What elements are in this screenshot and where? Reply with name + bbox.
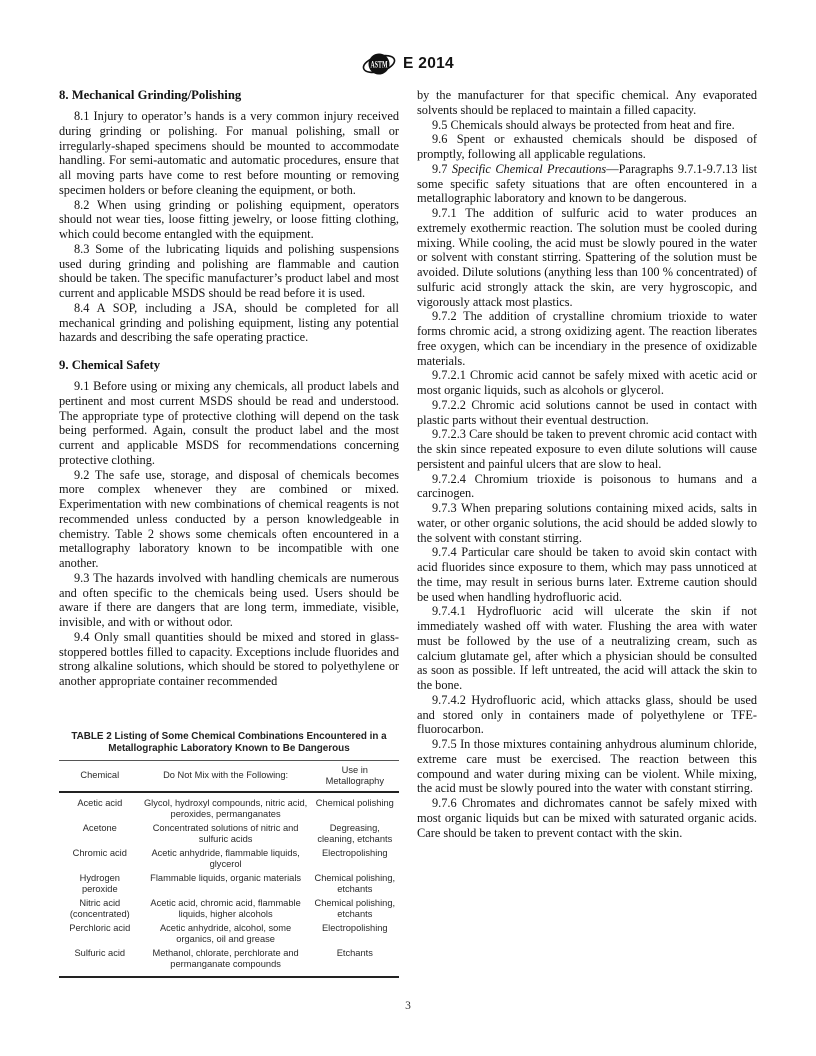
paragraph: 9.7.2.3 Care should be taken to prevent …	[417, 427, 757, 471]
left-column: 8. Mechanical Grinding/Polishing8.1 Inju…	[59, 88, 399, 978]
table-row: Acetic acidGlycol, hydroxyl compounds, n…	[59, 792, 399, 822]
table-2-block: TABLE 2 Listing of Some Chemical Combina…	[59, 731, 399, 978]
table-2-title: TABLE 2 Listing of Some Chemical Combina…	[65, 731, 393, 755]
table-cell: Chromic acid	[59, 846, 141, 871]
paragraph: 9.7.2.4 Chromium trioxide is poisonous t…	[417, 472, 757, 502]
right-paragraphs: by the manufacturer for that specific ch…	[417, 88, 757, 840]
table-cell: Sulfuric acid	[59, 946, 141, 977]
paragraph: 9.2 The safe use, storage, and disposal …	[59, 468, 399, 571]
svg-text:ASTM: ASTM	[371, 60, 388, 70]
paragraph: 8.3 Some of the lubricating liquids and …	[59, 242, 399, 301]
paragraph: 9.7.2.2 Chromic acid solutions cannot be…	[417, 398, 757, 428]
table-cell: Perchloric acid	[59, 921, 141, 946]
section-heading: 8. Mechanical Grinding/Polishing	[59, 88, 399, 103]
table-cell: Glycol, hydroxyl compounds, nitric acid,…	[141, 792, 311, 822]
table-cell: Etchants	[311, 946, 399, 977]
paragraph: 9.7.2.1 Chromic acid cannot be safely mi…	[417, 368, 757, 398]
paragraph: 9.7.1 The addition of sulfuric acid to w…	[417, 206, 757, 309]
paragraph: 9.7.2 The addition of crystalline chromi…	[417, 309, 757, 368]
table-cell: Electropolishing	[311, 846, 399, 871]
document-page: ASTM E 2014 8. Mechanical Grinding/Polis…	[0, 0, 816, 1056]
table-cell: Acetic acid	[59, 792, 141, 822]
table-2: ChemicalDo Not Mix with the Following:Us…	[59, 760, 399, 978]
table-row: Sulfuric acidMethanol, chlorate, perchlo…	[59, 946, 399, 977]
paragraph: 9.7.3 When preparing solutions containin…	[417, 501, 757, 545]
text-run: 9.7	[432, 162, 452, 176]
table-cell: Degreasing, cleaning, etchants	[311, 821, 399, 846]
table-column-header: Chemical	[59, 760, 141, 792]
paragraph: 9.6 Spent or exhausted chemicals should …	[417, 132, 757, 162]
doc-code: E 2014	[403, 55, 454, 73]
astm-logo-icon: ASTM	[362, 51, 396, 77]
table-cell: Acetic anhydride, alcohol, some organics…	[141, 921, 311, 946]
section-heading: 9. Chemical Safety	[59, 358, 399, 373]
paragraph: 9.7.4.1 Hydrofluoric acid will ulcerate …	[417, 604, 757, 693]
paragraph: 9.7.4.2 Hydrofluoric acid, which attacks…	[417, 693, 757, 737]
page-number: 3	[0, 1000, 816, 1012]
paragraph: 9.3 The hazards involved with handling c…	[59, 571, 399, 630]
table-cell: Flammable liquids, organic materials	[141, 871, 311, 896]
text-run: by the manufacturer for that specific ch…	[417, 88, 757, 117]
right-column: by the manufacturer for that specific ch…	[417, 88, 757, 978]
table-row: Hydrogen peroxideFlammable liquids, orga…	[59, 871, 399, 896]
table-cell: Chemical polishing, etchants	[311, 896, 399, 921]
paragraph: 9.1 Before using or mixing any chemicals…	[59, 379, 399, 468]
table-cell: Acetone	[59, 821, 141, 846]
table-cell: Electropolishing	[311, 921, 399, 946]
paragraph: 9.7.4 Particular care should be taken to…	[417, 545, 757, 604]
table-cell: Acetic acid, chromic acid, flammable liq…	[141, 896, 311, 921]
page-header: ASTM E 2014	[0, 48, 816, 80]
table-row: Chromic acidAcetic anhydride, flammable …	[59, 846, 399, 871]
table-cell: Hydrogen peroxide	[59, 871, 141, 896]
paragraph: 8.1 Injury to operator’s hands is a very…	[59, 109, 399, 198]
table-column-header: Do Not Mix with the Following:	[141, 760, 311, 792]
left-sections: 8. Mechanical Grinding/Polishing8.1 Inju…	[59, 88, 399, 689]
table-cell: Methanol, chlorate, perchlorate and perm…	[141, 946, 311, 977]
italic-text: Specific Chemical Precautions	[452, 162, 606, 176]
two-column-body: 8. Mechanical Grinding/Polishing8.1 Inju…	[59, 88, 757, 978]
paragraph: 8.2 When using grinding or polishing equ…	[59, 198, 399, 242]
table-row: Nitric acid (concentrated)Acetic acid, c…	[59, 896, 399, 921]
paragraph: 9.4 Only small quantities should be mixe…	[59, 630, 399, 689]
paragraph: 9.7.5 In those mixtures containing anhyd…	[417, 737, 757, 796]
table-row: AcetoneConcentrated solutions of nitric …	[59, 821, 399, 846]
table-column-header: Use in Metallography	[311, 760, 399, 792]
table-cell: Acetic anhydride, flammable liquids, gly…	[141, 846, 311, 871]
paragraph: 9.7.6 Chromates and dichromates cannot b…	[417, 796, 757, 840]
table-cell: Concentrated solutions of nitric and sul…	[141, 821, 311, 846]
table-cell: Chemical polishing, etchants	[311, 871, 399, 896]
table-row: Perchloric acidAcetic anhydride, alcohol…	[59, 921, 399, 946]
paragraph: by the manufacturer for that specific ch…	[417, 88, 757, 118]
table-cell: Nitric acid (concentrated)	[59, 896, 141, 921]
paragraph: 9.7 Specific Chemical Precautions—Paragr…	[417, 162, 757, 206]
table-header-row: ChemicalDo Not Mix with the Following:Us…	[59, 760, 399, 792]
table-cell: Chemical polishing	[311, 792, 399, 822]
paragraph: 9.5 Chemicals should always be protected…	[417, 118, 757, 133]
paragraph: 8.4 A SOP, including a JSA, should be co…	[59, 301, 399, 345]
